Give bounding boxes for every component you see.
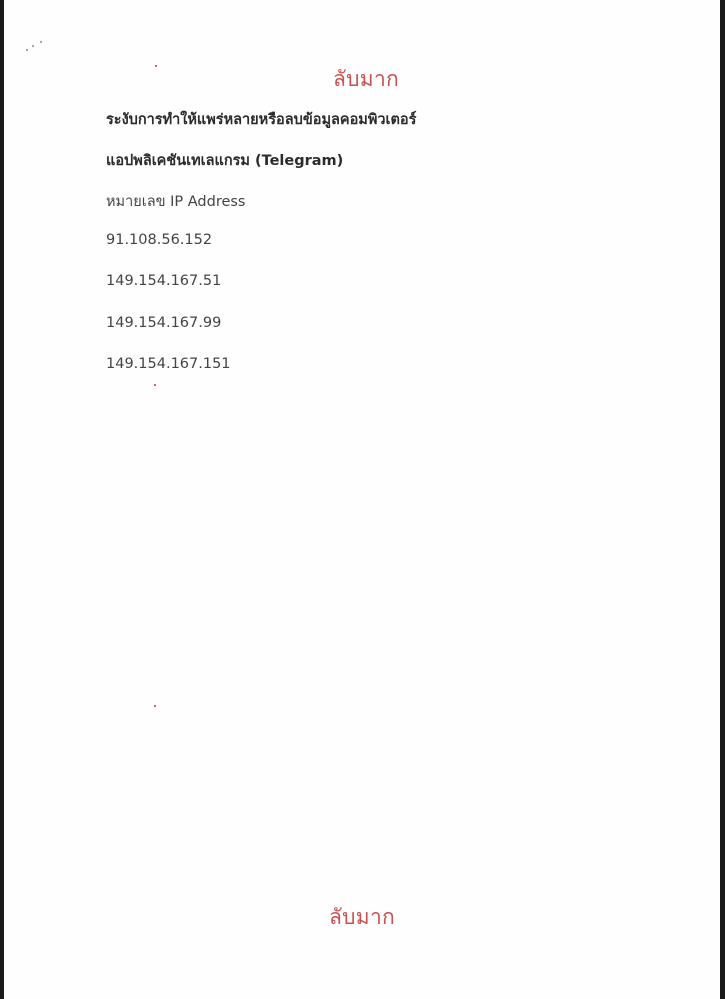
red-mark	[154, 705, 156, 707]
ip-address-item: 91.108.56.152	[106, 232, 212, 248]
classification-footer: ลับมาก	[329, 901, 395, 934]
classification-header: ลับมาก	[333, 63, 399, 96]
document-page: ลับมาก ระงับการทำให้แพร่หลายหรือลบข้อมูล…	[4, 0, 720, 999]
ip-address-item: 149.154.167.151	[106, 356, 231, 372]
ip-address-label: หมายเลข IP Address	[106, 190, 246, 213]
scan-speck	[40, 41, 42, 43]
document-title-line-2: แอปพลิเคชันเทเลแกรม (Telegram)	[106, 149, 343, 172]
scan-speck	[26, 49, 28, 51]
ip-address-item: 149.154.167.99	[106, 315, 221, 331]
document-title-line-1: ระงับการทำให้แพร่หลายหรือลบข้อมูลคอมพิวเ…	[106, 108, 416, 131]
red-mark	[155, 65, 157, 67]
red-mark	[154, 384, 156, 386]
ip-address-item: 149.154.167.51	[106, 273, 221, 289]
scan-speck	[32, 45, 34, 47]
